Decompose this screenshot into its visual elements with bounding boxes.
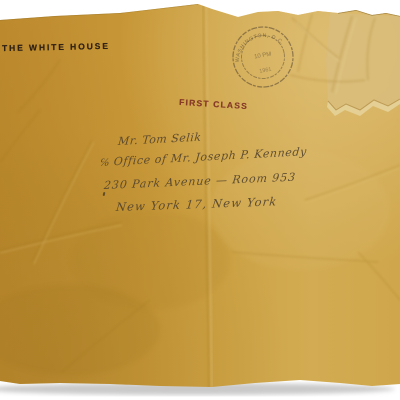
torn-corner: [326, 13, 400, 110]
photo-of-envelope: WASHINGTON, D.C. 10 PM 1961 THE WHITE HO…: [0, 0, 400, 400]
